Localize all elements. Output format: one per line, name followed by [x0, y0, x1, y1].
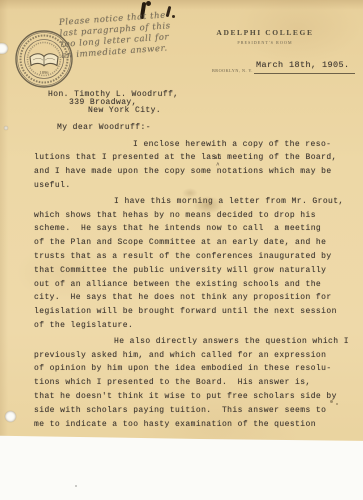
paper-bottom-edge: [0, 450, 363, 465]
typed-line: useful.: [34, 179, 352, 193]
typed-line: and I have made upon the copy some notat…: [34, 165, 352, 179]
typed-line: trusts that as a result of the conferenc…: [34, 250, 352, 264]
typed-line: legislation will be brought forward unti…: [34, 305, 352, 319]
letterhead-college: Adelphi College: [203, 28, 327, 37]
letter-paragraphs: I enclose herewith a copy of the reso-lu…: [34, 138, 352, 432]
paper-speck: [330, 400, 333, 403]
typed-line: of the Plan and Scope Committee at an ea…: [34, 236, 352, 250]
typed-line: previously asked him, and which called f…: [34, 349, 352, 363]
salutation: My dear Woodruff:-: [34, 123, 352, 133]
typed-line: me to indicate a too hasty examination o…: [34, 418, 352, 432]
punch-hole-middle: [4, 126, 8, 130]
letterhead-city: Brooklyn, N. Y.: [212, 68, 253, 74]
typed-line: that Committee the public university wil…: [34, 264, 352, 278]
dateline: Brooklyn, N. Y. March 18th, 1905.: [212, 54, 350, 74]
paper-speck: [75, 485, 77, 487]
punch-hole-bottom: [5, 411, 16, 422]
seal-year: 1896: [40, 70, 50, 75]
paragraph: He also directly answers the question wh…: [34, 335, 352, 432]
typed-line: I enclose herewith a copy of the reso-: [34, 138, 352, 152]
typed-line: side with scholars paying tuition. This …: [34, 404, 352, 418]
typed-line: that he doesn't think it wise to put fre…: [34, 390, 352, 404]
typed-line: of opinion by him upon the idea embodied…: [34, 362, 352, 376]
scanned-letter-page: 1896 Please notice that thelast paragrap…: [0, 0, 363, 500]
typed-line: tions which I presented to the Board. Hi…: [34, 376, 352, 390]
recipient-line: New York City.: [34, 107, 352, 115]
paragraph: I enclose herewith a copy of the reso-lu…: [34, 138, 352, 193]
typed-line: He also directly answers the question wh…: [34, 335, 352, 349]
letterhead: Adelphi College President's Room: [203, 28, 327, 45]
typed-line: scheme. He says that he intends now to c…: [34, 222, 352, 236]
recipient-address: Hon. Timothy L. Woodruff,339 Broadway,Ne…: [34, 91, 352, 116]
paragraph: I have this morning a letter from Mr. Gr…: [34, 195, 352, 333]
typed-line: out of an alliance between the existing …: [34, 278, 352, 292]
handwritten-insertion: an: [214, 155, 222, 161]
insertion-caret-icon: ^: [216, 162, 220, 169]
ink-mark: [146, 1, 151, 6]
typed-line: of the legislature.: [34, 319, 352, 333]
paper-speck: [336, 403, 338, 405]
typed-letter-body: Hon. Timothy L. Woodruff,339 Broadway,Ne…: [34, 91, 352, 433]
letter-date: March 18th, 1905.: [256, 60, 350, 70]
typed-line: which shows that hehas by no means decid…: [34, 209, 352, 223]
letterhead-office: President's Room: [203, 40, 327, 45]
typed-line: I have this morning a letter from Mr. Gr…: [34, 195, 352, 209]
typed-line: city. He says that he does not think any…: [34, 291, 352, 305]
recipient-line: 339 Broadway,: [34, 99, 352, 107]
date-underline: March 18th, 1905.: [254, 54, 356, 74]
typed-line: lutions that I presented at the last mee…: [34, 151, 352, 165]
